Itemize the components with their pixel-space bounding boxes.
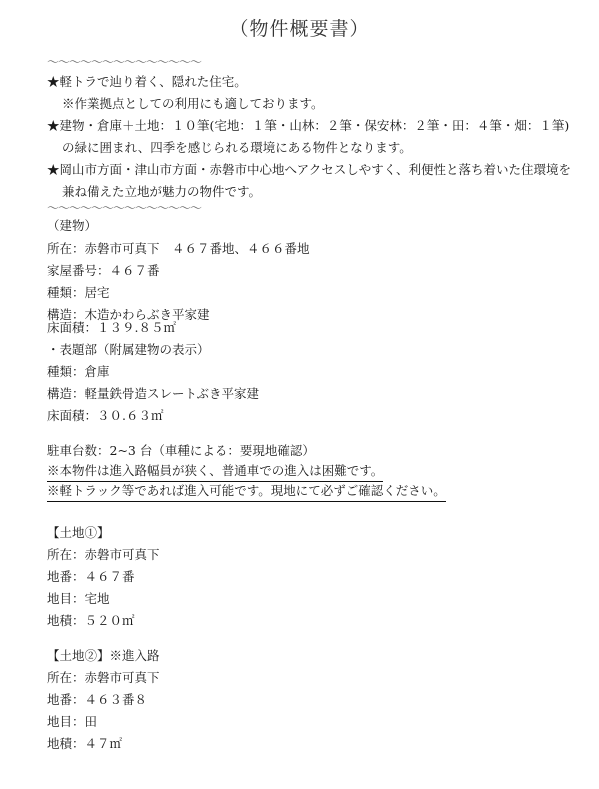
- annex-structure: 構造：軽量鉄骨造スレートぶき平家建: [47, 386, 259, 402]
- land2-location: 所在：赤磐市可真下: [47, 670, 160, 686]
- highlight-2: ★建物・倉庫＋土地：１０筆(宅地：１筆・山林：２筆・保安林：２筆・田：４筆・畑：…: [47, 118, 569, 134]
- divider-bottom: ～～～～～～～～～～～～～～: [47, 200, 201, 216]
- building-heading: （建物）: [47, 218, 97, 234]
- document-title: （物件概要書）: [0, 14, 599, 41]
- land2-category: 地目：田: [47, 714, 97, 730]
- annex-floor-area: 床面積：３０.６３㎡: [47, 408, 163, 424]
- divider-top: ～～～～～～～～～～～～～～: [47, 54, 201, 70]
- land1-area: 地積：５２０㎡: [47, 613, 135, 629]
- annex-heading: ・表題部（附属建物の表示）: [47, 342, 210, 358]
- land2-heading: 【土地②】※進入路: [47, 648, 160, 664]
- building-floor-area: 床面積：１３９.８５㎡: [47, 320, 176, 336]
- annex-type: 種類：倉庫: [47, 364, 110, 380]
- building-location: 所在：赤磐市可真下 ４６７番地、４６６番地: [47, 241, 310, 257]
- land1-location: 所在：赤磐市可真下: [47, 547, 160, 563]
- parking-note-1: ※本物件は進入路幅員が狭く、普通車での進入は困難です。: [47, 463, 383, 482]
- land1-lot-number: 地番：４６７番: [47, 569, 135, 585]
- building-house-number: 家屋番号：４６７番: [47, 263, 160, 279]
- land2-lot-number: 地番：４６３番８: [47, 692, 147, 708]
- land1-category: 地目：宅地: [47, 591, 110, 607]
- highlight-3: ★岡山市方面・津山市方面・赤磐市中心地へアクセスしやすく、利便性と落ち着いた住環…: [47, 162, 571, 178]
- parking-count: 駐車台数：2~3 台（車種による：要現地確認）: [47, 443, 315, 459]
- highlight-3-cont: 兼ね備えた立地が魅力の物件です。: [62, 184, 261, 200]
- building-type: 種類：居宅: [47, 285, 110, 301]
- highlight-1: ★軽トラで辿り着く、隠れた住宅。: [47, 74, 247, 90]
- land1-heading: 【土地①】: [47, 525, 110, 541]
- highlight-note: ※作業拠点としての利用にも適しております。: [62, 96, 324, 112]
- land2-area: 地積：４７㎡: [47, 736, 122, 752]
- highlight-2-cont: の緑に囲まれ、四季を感じられる環境にある物件となります。: [62, 140, 412, 156]
- parking-note-2: ※軽トラック等であれば進入可能です。現地にて必ずご確認ください。: [47, 483, 446, 502]
